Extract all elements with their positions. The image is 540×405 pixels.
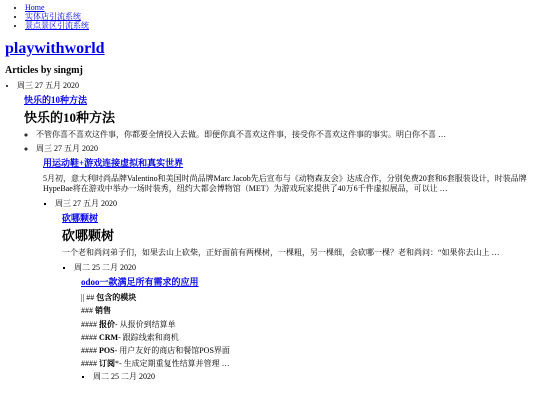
article-title-row: 快乐的10种方法 (24, 95, 535, 106)
archive-list-level3: 周三 27 五月 2020 砍哪颗树 砍哪颗树 一个老和尚问弟子们，如果去山上砍… (43, 199, 535, 382)
markdown-line: #### 订阅*- 生成定期重复性结算并管理 … (81, 359, 535, 368)
archives-page: Home 实体店引流系统 景点景区引流系统 playwithworld Arti… (0, 0, 540, 405)
md-bold: 包含的模块 (96, 293, 136, 302)
markdown-line: #### CRM- 跟踪线索和商机 (81, 333, 535, 342)
archive-entry: 周二 25 二月 2020 (93, 372, 535, 381)
md-prefix: || ## (81, 293, 96, 302)
archive-entry: 周三 27 五月 2020 用运动鞋+游戏连接虚拟和真实世界 5月初，意大利时尚… (36, 144, 535, 382)
article-date: 周三 27 五月 2020 (36, 144, 98, 153)
article-title-link[interactable]: odoo一款满足所有需求的应用 (81, 277, 199, 287)
article-title-link[interactable]: 快乐的10种方法 (24, 95, 87, 105)
article-content: 用运动鞋+游戏连接虚拟和真实世界 5月初，意大利时尚品牌Valentino和美国… (43, 158, 535, 381)
article-title-link[interactable]: 砍哪颗树 (62, 213, 98, 223)
page-heading: Articles by singmj (5, 65, 535, 77)
article-heading: 快乐的10种方法 (24, 111, 535, 125)
md-prefix: #### (81, 359, 99, 368)
nav-link-store-system[interactable]: 实体店引流系统 (25, 12, 81, 21)
markdown-line: ### 销售 (81, 306, 535, 315)
archive-list-level5: 周二 25 二月 2020 (81, 372, 535, 381)
article-date: 周三 27 五月 2020 (17, 81, 79, 90)
md-suffix: - 用户友好的商店和餐馆POS界面 (115, 346, 230, 355)
article-title-row: 砍哪颗树 (62, 213, 535, 224)
article-date: 周三 27 五月 2020 (55, 199, 117, 208)
archive-entry: 周三 27 五月 2020 快乐的10种方法 快乐的10种方法 不管你喜不喜欢这… (17, 81, 535, 382)
site-title-link[interactable]: playwithworld (5, 40, 105, 57)
archive-list-level2: 周三 27 五月 2020 用运动鞋+游戏连接虚拟和真实世界 5月初，意大利时尚… (24, 144, 535, 382)
article-content: 快乐的10种方法 快乐的10种方法 不管你喜不喜欢这件事，你都要全情投入去做。即… (24, 95, 535, 382)
nav-link-home[interactable]: Home (25, 3, 45, 12)
article-summary-list: 不管你喜不喜欢这件事，你都要全情投入去做。即便你真不喜欢这件事，接受你不喜欢这件… (24, 130, 535, 140)
nav-item-store-system: 实体店引流系统 (25, 13, 535, 22)
md-bold: POS (99, 346, 115, 355)
md-bold: 订阅 (99, 359, 115, 368)
md-suffix: - 跟踪线索和商机 (118, 333, 179, 342)
article-summary: 不管你喜不喜欢这件事，你都要全情投入去做。即便你真不喜欢这件事，接受你不喜欢这件… (36, 130, 535, 140)
nav-item-home: Home (25, 4, 535, 13)
archive-list-level4: 周二 25 二月 2020 odoo一款满足所有需求的应用 || ## 包含的模… (62, 263, 535, 381)
article-date: 周二 25 二月 2020 (93, 372, 155, 381)
markdown-line: #### POS- 用户友好的商店和餐馆POS界面 (81, 346, 535, 355)
archive-entry: 周二 25 二月 2020 odoo一款满足所有需求的应用 || ## 包含的模… (74, 263, 535, 381)
md-prefix: #### (81, 333, 99, 342)
nav-item-scenic-system: 景点景区引流系统 (25, 22, 535, 31)
md-prefix: #### (81, 346, 99, 355)
archive-entry: 周三 27 五月 2020 砍哪颗树 砍哪颗树 一个老和尚问弟子们，如果去山上砍… (55, 199, 535, 382)
md-bold: CRM (99, 333, 118, 342)
md-suffix: - 从报价到结算单 (115, 320, 176, 329)
md-bold: 销售 (95, 306, 111, 315)
md-suffix: *- 生成定期重复性结算并管理 … (115, 359, 230, 368)
article-title-row: odoo一款满足所有需求的应用 (81, 277, 535, 288)
markdown-line: || ## 包含的模块 (81, 293, 535, 302)
article-title-row: 用运动鞋+游戏连接虚拟和真实世界 (43, 158, 535, 169)
md-prefix: ### (81, 306, 95, 315)
md-bold: 报价 (99, 320, 115, 329)
nav-link-scenic-system[interactable]: 景点景区引流系统 (25, 21, 89, 30)
article-date: 周二 25 二月 2020 (74, 263, 136, 272)
article-title-link[interactable]: 用运动鞋+游戏连接虚拟和真实世界 (43, 158, 183, 168)
top-nav: Home 实体店引流系统 景点景区引流系统 (5, 4, 535, 31)
article-summary: 一个老和尚问弟子们，如果去山上砍柴，正好面前有两棵树，一棵粗，另一棵细，会砍哪一… (62, 248, 535, 258)
markdown-line: #### 报价- 从报价到结算单 (81, 320, 535, 329)
site-title: playwithworld (5, 40, 535, 58)
article-content: odoo一款满足所有需求的应用 || ## 包含的模块 ### 销售 #### … (81, 277, 535, 381)
md-prefix: #### (81, 320, 99, 329)
archive-list-level1: 周三 27 五月 2020 快乐的10种方法 快乐的10种方法 不管你喜不喜欢这… (5, 81, 535, 382)
article-heading: 砍哪颗树 (62, 229, 535, 243)
article-summary: 5月初，意大利时尚品牌Valentino和美国时尚品牌Marc Jacob先后宣… (43, 174, 535, 194)
article-content: 砍哪颗树 砍哪颗树 一个老和尚问弟子们，如果去山上砍柴，正好面前有两棵树，一棵粗… (62, 213, 535, 381)
